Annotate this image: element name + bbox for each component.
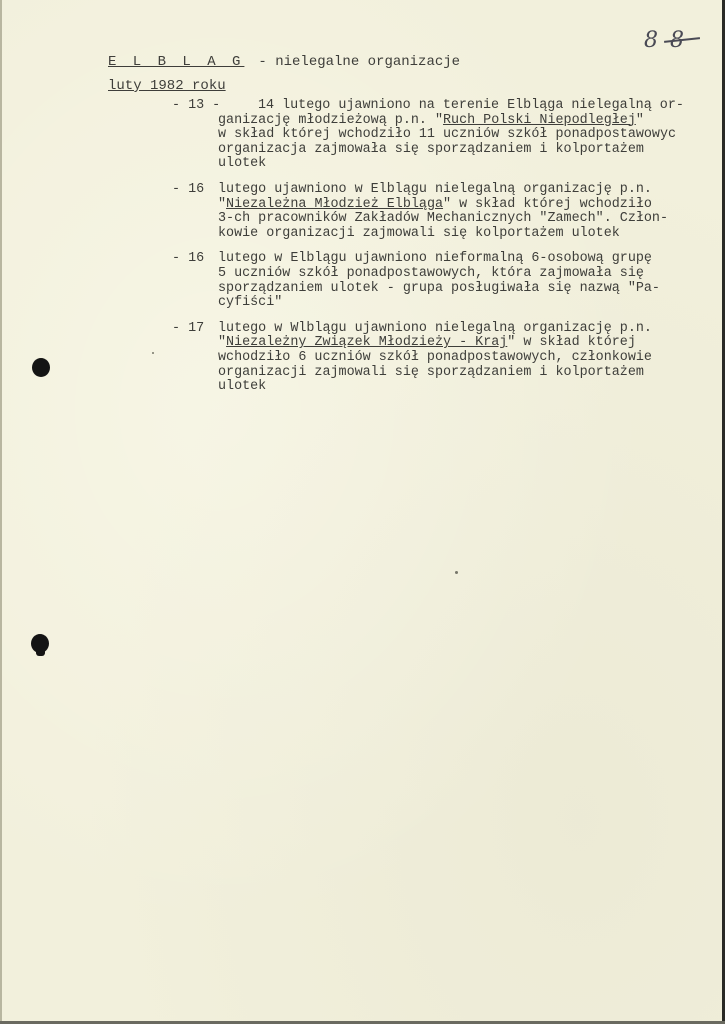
organization-name: Niezależny Związek Młodzieży - Kraj: [226, 335, 507, 350]
entry-item: - 16lutego ujawniono w Elblągu nielegaln…: [172, 183, 725, 241]
organization-name: Ruch Polski Niepodległej: [443, 113, 636, 128]
text-segment: w skład której wchodziło 11 uczniów szkó…: [218, 127, 676, 142]
text-segment: lutego ujawniono w Elblągu nielegalną or…: [218, 182, 652, 197]
text-segment: organizacji zajmowali się sporządzaniem …: [218, 365, 644, 380]
entry-item: - 16lutego w Elblągu ujawniono nieformal…: [172, 252, 725, 310]
document-header: E L B L A G- nielegalne organizacje luty…: [108, 50, 460, 98]
document-date: luty 1982 roku: [108, 74, 460, 98]
text-segment: lutego w Elblągu ujawniono nieformalną 6…: [218, 251, 652, 266]
entry-line: kowie organizacji zajmowali się kolporta…: [218, 227, 725, 242]
entry-date-marker: - 16: [172, 183, 218, 241]
entry-line: "Niezależny Związek Młodzieży - Kraj" w …: [218, 336, 725, 351]
entry-line: lutego w Wlblągu ujawniono nielegalną or…: [218, 322, 725, 337]
text-segment: " w skład której: [507, 335, 636, 350]
punch-hole-top: [32, 358, 50, 377]
entry-date-marker: - 16: [172, 252, 218, 310]
document-title: - nielegalne organizacje: [258, 54, 460, 70]
entry-line: organizacja zajmowała się sporządzaniem …: [218, 143, 725, 158]
organization-name: Niezależna Młodzież Elbląga: [226, 197, 443, 212]
entry-line: wchodziło 6 uczniów szkół ponadpostawowy…: [218, 351, 725, 366]
entry-line: 14 lutego ujawniono na terenie Elbląga n…: [258, 99, 725, 114]
text-segment: ": [218, 197, 226, 212]
entry-item: - 17lutego w Wlblągu ujawniono nielegaln…: [172, 322, 725, 395]
text-segment: ": [636, 113, 644, 128]
entry-line: sporządzaniem ulotek - grupa posługiwała…: [218, 282, 725, 297]
text-segment: organizacja zajmowała się sporządzaniem …: [218, 142, 644, 157]
entry-line: cyfiści": [218, 296, 725, 311]
text-segment: cyfiści": [218, 295, 282, 310]
entry-text: lutego w Elblągu ujawniono nieformalną 6…: [218, 252, 725, 310]
entry-text: lutego ujawniono w Elblągu nielegalną or…: [218, 183, 725, 241]
entry-line: "Niezależna Młodzież Elbląga" w skład kt…: [218, 198, 725, 213]
entry-line: 5 uczniów szkół ponadpostawowych, która …: [218, 267, 725, 282]
entry-line: ganizację młodzieżową p.n. "Ruch Polski …: [218, 114, 725, 129]
text-segment: 3-ch pracowników Zakładów Mechanicznych …: [218, 211, 668, 226]
text-segment: kowie organizacji zajmowali się kolporta…: [218, 226, 620, 241]
text-segment: 14 lutego ujawniono na terenie Elbląga n…: [258, 98, 684, 113]
text-segment: ganizację młodzieżową p.n. ": [218, 113, 443, 128]
page-left-edge: [0, 0, 2, 1024]
document-page: 88 E L B L A G- nielegalne organizacje l…: [0, 0, 725, 1024]
struck-page-number: 8: [670, 28, 696, 53]
entry-line: 3-ch pracowników Zakładów Mechanicznych …: [218, 212, 725, 227]
entry-text: 14 lutego ujawniono na terenie Elbląga n…: [258, 99, 725, 172]
handwritten-page-number: 88: [644, 28, 696, 53]
entry-line: organizacji zajmowali się sporządzaniem …: [218, 366, 725, 381]
entry-item: - 13 -14 lutego ujawniono na terenie Elb…: [172, 99, 725, 172]
text-segment: sporządzaniem ulotek - grupa posługiwała…: [218, 281, 660, 296]
entries-list: - 13 -14 lutego ujawniono na terenie Elb…: [172, 99, 725, 406]
entry-line: ulotek: [218, 157, 725, 172]
paper-speck: [455, 571, 458, 574]
text-segment: 5 uczniów szkół ponadpostawowych, która …: [218, 266, 644, 281]
text-segment: ulotek: [218, 379, 266, 394]
entry-line: ulotek: [218, 380, 725, 395]
text-segment: wchodziło 6 uczniów szkół ponadpostawowy…: [218, 350, 652, 365]
entry-line: lutego ujawniono w Elblągu nielegalną or…: [218, 183, 725, 198]
paper-speck: [152, 352, 154, 354]
entry-line: w skład której wchodziło 11 uczniów szkó…: [218, 128, 725, 143]
text-segment: lutego w Wlblągu ujawniono nielegalną or…: [218, 321, 652, 336]
entry-text: lutego w Wlblągu ujawniono nielegalną or…: [218, 322, 725, 395]
text-segment: " w skład której wchodziło: [443, 197, 652, 212]
text-segment: ": [218, 335, 226, 350]
punch-hole-bottom: [31, 634, 49, 653]
entry-line: lutego w Elblągu ujawniono nieformalną 6…: [218, 252, 725, 267]
entry-date-marker: - 17: [172, 322, 218, 395]
city-heading: E L B L A G: [108, 54, 244, 70]
text-segment: ulotek: [218, 156, 266, 171]
